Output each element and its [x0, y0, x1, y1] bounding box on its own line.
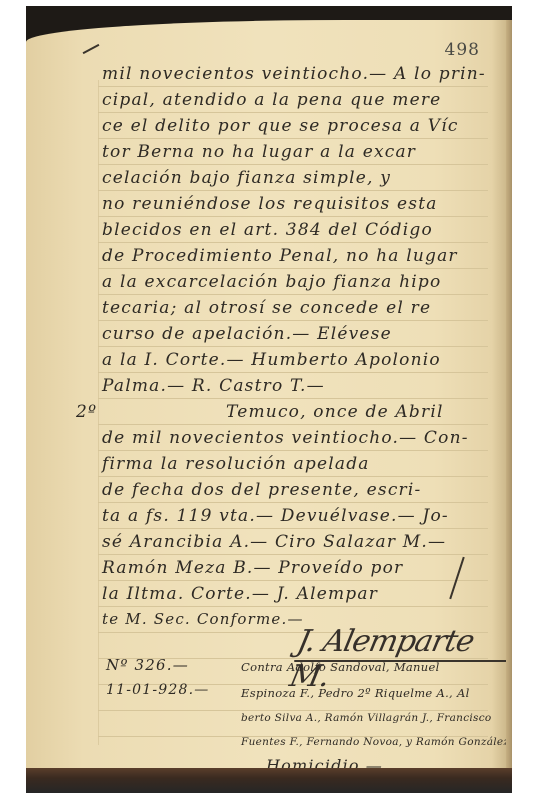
ruled-line: [98, 502, 488, 503]
ruled-line: [98, 372, 488, 373]
entry-1-line: tor Berna no ha lugar a la excar: [102, 142, 416, 162]
ruled-line: [98, 190, 488, 191]
entry-2-line: te M. Sec. Conforme.—: [102, 610, 304, 628]
ruled-line: [98, 398, 488, 399]
ruled-line: [98, 216, 488, 217]
entry-1-line: no reuniéndose los requisitos esta: [102, 194, 438, 214]
entry-2-line: Temuco, once de Abril: [226, 402, 444, 422]
ruled-line: [98, 554, 488, 555]
ruled-line: [98, 320, 488, 321]
entry-2-line: de fecha dos del presente, escri-: [102, 480, 421, 500]
scanned-ledger-page: 498 mil novecientos veintiocho.— A lo pr…: [26, 6, 512, 793]
entry-1-line: a la I. Corte.— Humberto Apolonio: [102, 350, 441, 370]
entry-1-line: Palma.— R. Castro T.—: [102, 376, 325, 396]
ruled-line: [98, 424, 488, 425]
paper-page: 498 mil novecientos veintiocho.— A lo pr…: [26, 20, 506, 768]
case-date: 11-01-928.—: [106, 682, 209, 698]
entry-1-line: ce el delito por que se procesa a Víc: [102, 116, 459, 136]
page-number: 498: [445, 40, 480, 60]
ruled-line: [98, 294, 488, 295]
entry-3-line: Espinoza F., Pedro 2º Riquelme A., Al: [241, 686, 470, 700]
ruled-line: [98, 164, 488, 165]
entry-1-line: blecidos en el art. 384 del Código: [102, 220, 433, 240]
entry-1-line: mil novecientos veintiocho.— A lo prin-: [102, 64, 486, 84]
entry-1-line: de Procedimiento Penal, no ha lugar: [102, 246, 458, 266]
entry-3-line: berto Silva A., Ramón Villagrán J., Fran…: [241, 712, 492, 724]
ruled-line: [98, 476, 488, 477]
ruled-line: [98, 268, 488, 269]
entry-2-line: la Iltma. Corte.— J. Alempar: [102, 584, 378, 604]
ruled-line: [98, 86, 488, 87]
entry-1-line: curso de apelación.— Elévese: [102, 324, 392, 344]
entry-1-line: celación bajo fianza simple, y: [102, 168, 391, 188]
ruled-line: [98, 450, 488, 451]
entry-1-line: a la excarcelación bajo fianza hipo: [102, 272, 441, 292]
entry-2-line: ta a fs. 119 vta.— Devuélvase.— Jo-: [102, 506, 449, 526]
entry-2-line: de mil novecientos veintiocho.— Con-: [102, 428, 469, 448]
ruled-line: [98, 528, 488, 529]
ruled-line: [98, 606, 488, 607]
signature-flourish: [449, 557, 464, 599]
entry-3-line: Fuentes F., Fernando Novoa, y Ramón Gonz…: [241, 736, 512, 748]
signature: J. Alemparte M.: [287, 624, 512, 694]
ruled-line: [98, 242, 488, 243]
entry-2-line: firma la resolución apelada: [102, 454, 370, 474]
binding-edge: [26, 768, 512, 793]
entry-2-line: sé Arancibia A.— Ciro Salazar M.—: [102, 532, 446, 552]
ruled-line: [98, 138, 488, 139]
ruled-line: [98, 112, 488, 113]
ruled-line: [98, 710, 488, 711]
entry-2-marker: 2º: [76, 402, 97, 422]
entry-1-line: cipal, atendido a la pena que mere: [102, 90, 441, 110]
case-number: Nº 326.—: [106, 656, 189, 674]
margin-rule: [98, 80, 99, 745]
continuation-mark: [83, 44, 100, 54]
entry-3-line: Contra Adolfo Sandoval, Manuel: [241, 660, 440, 674]
ruled-line: [98, 346, 488, 347]
ruled-line: [98, 580, 488, 581]
entry-2-line: Ramón Meza B.— Proveído por: [102, 558, 403, 578]
page-edge: [506, 20, 512, 768]
entry-1-line: tecaria; al otrosí se concede el re: [102, 298, 431, 318]
